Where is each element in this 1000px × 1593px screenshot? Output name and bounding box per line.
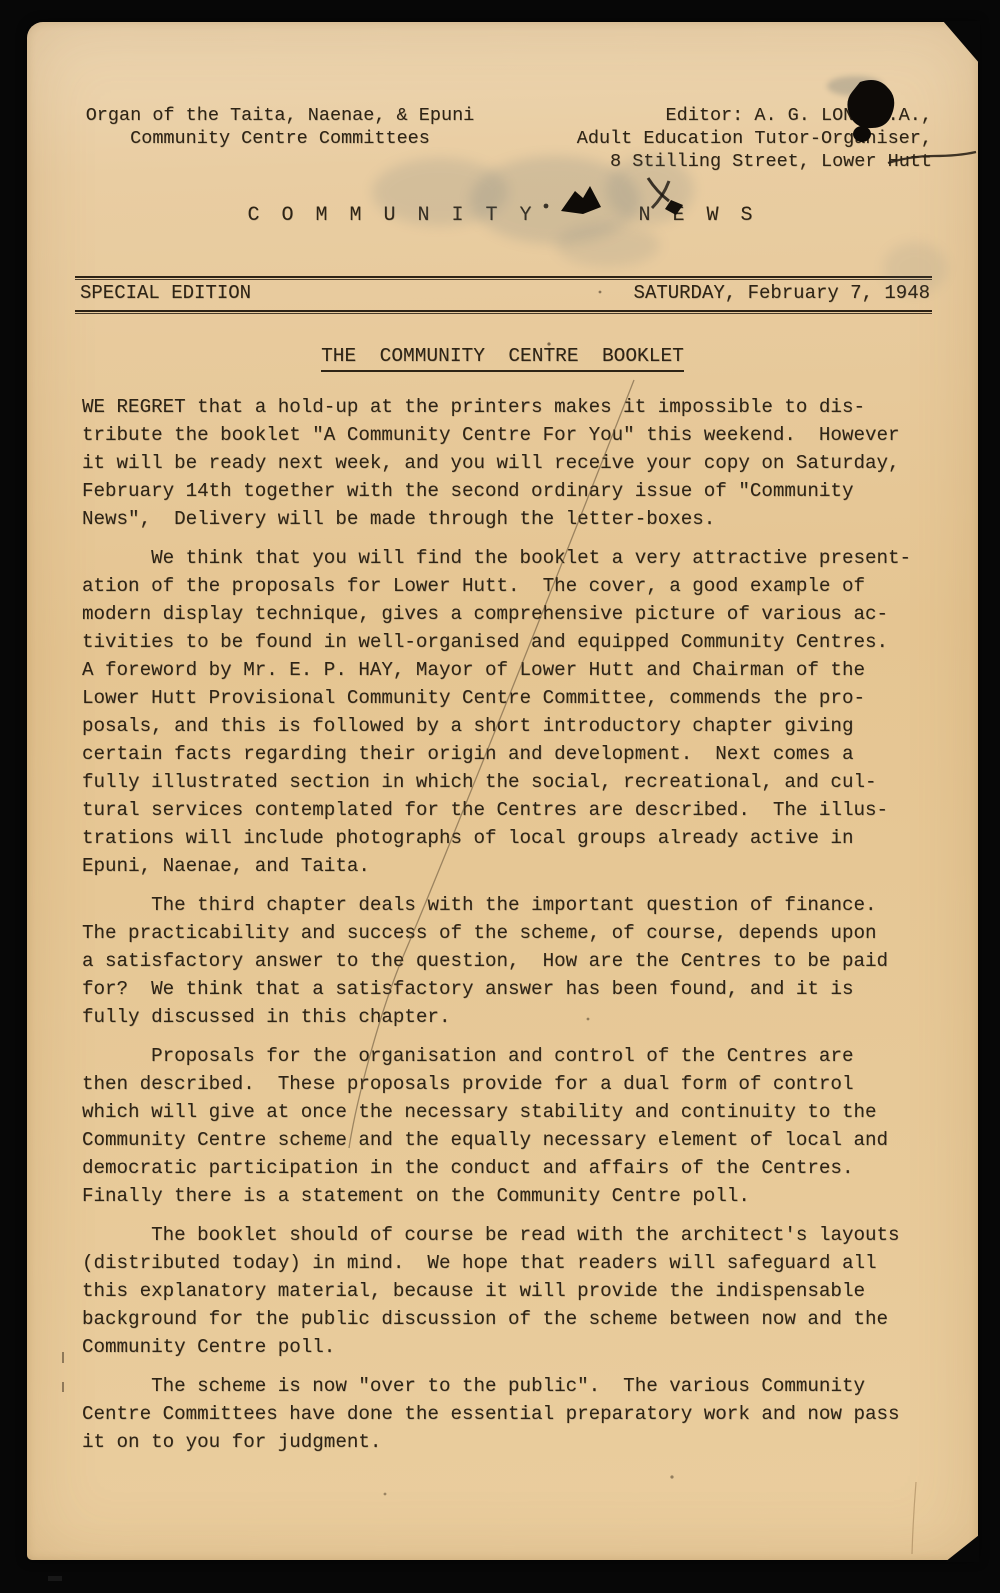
paragraph: Proposals for the organisation and contr… — [82, 1042, 912, 1210]
paragraph: We think that you will find the booklet … — [82, 544, 912, 880]
organ-credit: Organ of the Taita, Naenae, & Epuni Comm… — [80, 104, 480, 150]
newsletter-title: C O M M U N I T Y N E W S — [27, 204, 978, 227]
paragraph: WE REGRET that a hold-up at the printers… — [82, 393, 912, 533]
article-body: WE REGRET that a hold-up at the printers… — [82, 393, 912, 1467]
paragraph: The scheme is now "over to the public". … — [82, 1372, 912, 1456]
article-headline: THE COMMUNITY CENTRE BOOKLET — [321, 345, 684, 372]
paragraph: The booklet should of course be read wit… — [82, 1221, 912, 1361]
headline-wrap: THE COMMUNITY CENTRE BOOKLET — [27, 345, 978, 372]
edition-row: SPECIAL EDITION SATURDAY, February 7, 19… — [80, 282, 930, 304]
editor-address: Editor: A. G. LONG B.A., Adult Education… — [577, 104, 932, 173]
newsletter-page: Organ of the Taita, Naenae, & Epuni Comm… — [27, 22, 978, 1560]
paragraph: The third chapter deals with the importa… — [82, 891, 912, 1031]
scanner-debris — [48, 1576, 62, 1581]
scanned-newsletter: Organ of the Taita, Naenae, & Epuni Comm… — [0, 0, 1000, 1593]
masthead-rule-bottom — [75, 310, 932, 314]
edition-label: SPECIAL EDITION — [80, 282, 251, 304]
issue-date: SATURDAY, February 7, 1948 — [634, 282, 930, 304]
masthead-rule-top — [75, 276, 932, 280]
